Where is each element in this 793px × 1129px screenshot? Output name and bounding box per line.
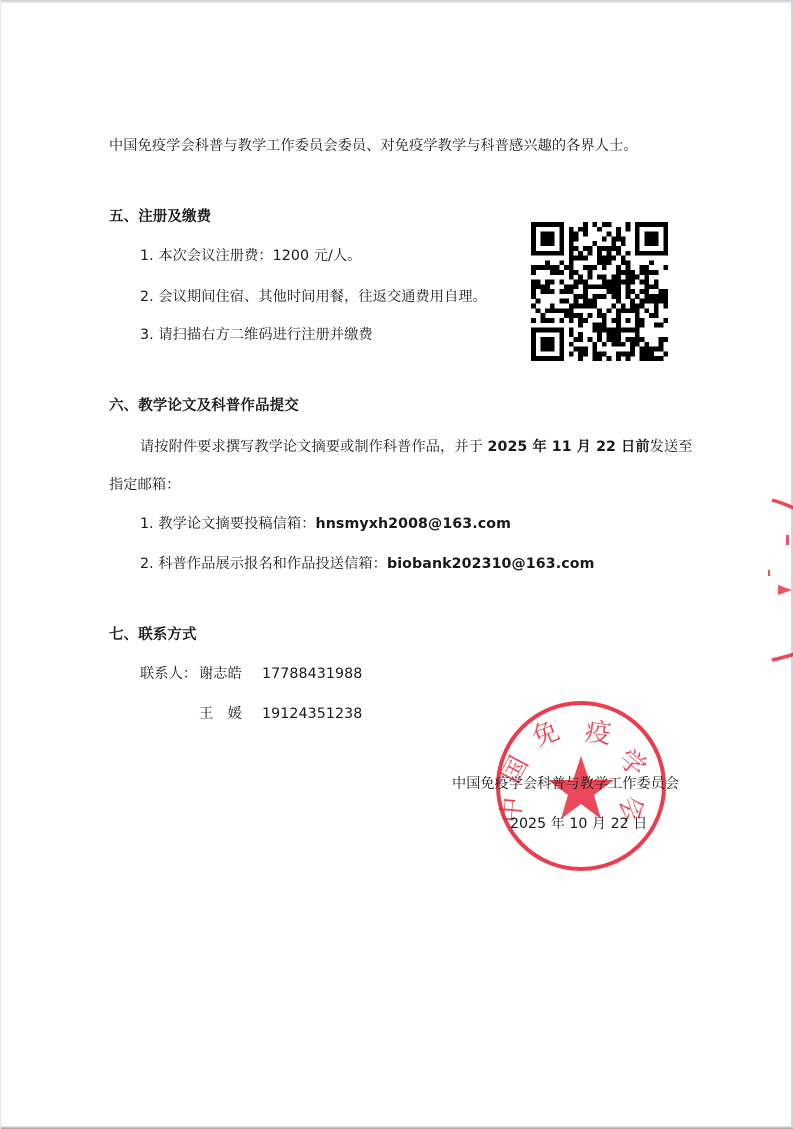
section6-item-1: 1. 教学论文摘要投稿信箱：hnsmyxh2008@163.com: [140, 514, 511, 534]
page-edge-top: [0, 0, 793, 3]
section7-title: 七、联系方式: [109, 625, 197, 645]
contact-phone-2: 19124351238: [262, 704, 362, 724]
email-link-papers[interactable]: hnsmyxh2008@163.com: [316, 516, 511, 532]
section5-item-1: 1. 本次会议注册费：1200 元/人。: [140, 246, 362, 266]
section5-title: 五、注册及缴费: [109, 207, 211, 227]
page-edge-left: [0, 0, 1, 1129]
svg-text:免: 免: [528, 716, 563, 754]
contact-name-2: 王 媛: [199, 704, 242, 724]
registration-qr-code[interactable]: [531, 222, 668, 361]
para-prefix: 请按附件要求撰写教学论文摘要或制作科普作品，并于: [140, 439, 488, 455]
section6-item-2: 2. 科普作品展示报名和作品投送信箱：biobank202310@163.com: [140, 554, 594, 574]
section6-title: 六、教学论文及科普作品提交: [109, 396, 299, 416]
section5-item-3: 3. 请扫描右方二维码进行注册并缴费: [140, 325, 373, 345]
intro-line: 中国免疫学会科普与教学工作委员会委员、对免疫学教学与科普感兴趣的各界人士。: [109, 136, 638, 156]
email-link-works[interactable]: biobank202310@163.com: [387, 556, 595, 572]
contact-name-1: 谢志皓: [199, 664, 242, 684]
deadline-date: 2025 年 11 月 22 日前: [488, 439, 650, 455]
section6-paragraph-line2: 指定邮箱：: [109, 475, 180, 495]
partial-seal-edge: [760, 480, 793, 680]
contact-label: 联系人：: [140, 664, 197, 684]
signature-date: 2025 年 10 月 22 日: [510, 814, 647, 834]
item-label: 2. 科普作品展示报名和作品投送信箱：: [140, 556, 387, 572]
item-label: 1. 教学论文摘要投稿信箱：: [140, 516, 316, 532]
section6-paragraph: 请按附件要求撰写教学论文摘要或制作科普作品，并于 2025 年 11 月 22 …: [140, 437, 693, 457]
section5-item-2: 2. 会议期间住宿、其他时间用餐，往返交通费用自理。: [140, 287, 487, 307]
signature-org: 中国免疫学会科普与教学工作委员会: [452, 774, 679, 794]
para-suffix: 发送至: [650, 439, 693, 455]
svg-text:疫: 疫: [583, 717, 613, 750]
contact-phone-1: 17788431988: [262, 664, 362, 684]
